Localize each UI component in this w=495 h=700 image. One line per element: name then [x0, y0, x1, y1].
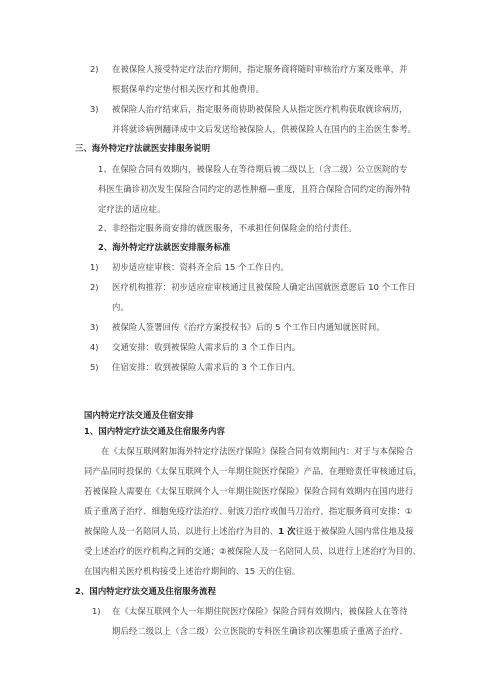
list-item-text: 在被保险人接受特定疗法治疗期间，指定服务商将随时审核治疗方案及账单，并 [112, 64, 408, 75]
paragraph-line: 若被保险人需要在《太保互联网个人一年期住院医疗保险》保险合同有效期内在国内进行 [84, 486, 413, 497]
list-number: 4) [90, 342, 99, 353]
bold-count: 1 次 [278, 526, 295, 536]
list-item-text: 医疗机构推荐：初步适应症审核通过且被保险人确定出国就医意愿后 10 个工作日 [112, 282, 416, 293]
list-item-text: 住宿安排：收到被保险人需求后的 3 个工作日内。 [112, 362, 300, 373]
list-item-text: 被保险人治疗结束后，指定服务商协助被保险人从指定医疗机构获取就诊病历， [112, 104, 408, 115]
list-item-text: 交通安排：收到被保险人需求后的 3 个工作日内。 [112, 342, 300, 353]
sub-heading: 2、国内特定疗法交通及住宿服务流程 [75, 586, 216, 597]
list-item-text: 被保险人签署回传《治疗方案授权书》后的 5 个工作日内通知就医时间。 [112, 322, 385, 333]
paragraph-line: 被保险人及一名陪同人员、以进行上述治疗为目的、1 次往返于被保险人国内常住地及接 [84, 526, 414, 537]
document-page: 2) 在被保险人接受特定疗法治疗期间，指定服务商将随时审核治疗方案及账单，并 根… [0, 0, 495, 700]
paragraph-line: 科医生确诊初次发生保险合同约定的恶性肿瘤—重度，且符合保险合同约定的海外特 [98, 184, 411, 195]
list-number: 1) [90, 262, 99, 273]
list-item-text: 期后经二级以上（含二级）公立医院的专科医生确诊初次罹患质子重离子治疗、 [112, 626, 408, 637]
paragraph-line: 同产品同时投保的《太保互联网个人一年期住院医疗保险》产品，在理赔责任审核通过后， [84, 466, 422, 477]
paragraph-line: 1、在保险合同有效期内，被保险人在等待期后被二级以上（含二级）公立医院的专 [98, 164, 408, 175]
paragraph-line: 质子重离子治疗、细胞免疫疗法治疗、射波刀治疗或伽马刀治疗，指定服务商可安排：① [84, 506, 413, 517]
list-item-text: 初步适应症审核：资料齐全后 15 个工作日内。 [112, 262, 289, 273]
list-number: 2) [90, 282, 99, 293]
list-number: 2) [90, 64, 99, 75]
list-item-text: 并将就诊病例翻译成中文后发送给被保险人，供被保险人在国内的主治医生参考。 [112, 124, 416, 135]
list-item-text: 内。 [112, 302, 129, 313]
list-number: 1) [92, 606, 101, 617]
paragraph-line: 定疗法的适应症。 [98, 204, 166, 215]
paragraph-line: 受上述治疗的医疗机构之间的交通；②被保险人及一名陪同人员、以进行上述治疗为目的、 [84, 546, 421, 557]
list-number: 5) [90, 362, 99, 373]
paragraph-text: 被保险人及一名陪同人员、以进行上述治疗为目的、 [84, 526, 278, 536]
sub-heading: 2、海外特定疗法就医安排服务标准 [98, 242, 231, 253]
sub-heading: 1、国内特定疗法交通及住宿服务内容 [84, 426, 225, 437]
list-number: 3) [90, 322, 99, 333]
paragraph-text: 往返于被保险人国内常住地及接 [296, 526, 414, 536]
list-item-text: 根据保单约定垫付相关医疗和其他费用。 [112, 84, 264, 95]
list-item-text: 在《太保互联网个人一年期住院医疗保险》保险合同有效期内，被保险人在等待 [112, 606, 408, 617]
list-number: 3) [90, 104, 99, 115]
paragraph-line: 在国内相关医疗机构接受上述治疗期间的、15 天的住宿。 [84, 566, 300, 577]
paragraph-line: 2、非经指定服务商安排的就医服务，不承担任何保险金的给付责任。 [98, 223, 357, 234]
paragraph-line: 在《太保互联网附加海外特定疗法医疗保险》保险合同有效期间内：对于与本保险合 [101, 446, 414, 457]
section-heading: 国内特定疗法交通及住宿安排 [84, 410, 194, 421]
section-heading: 三、海外特定疗法就医安排服务说明 [75, 143, 210, 154]
